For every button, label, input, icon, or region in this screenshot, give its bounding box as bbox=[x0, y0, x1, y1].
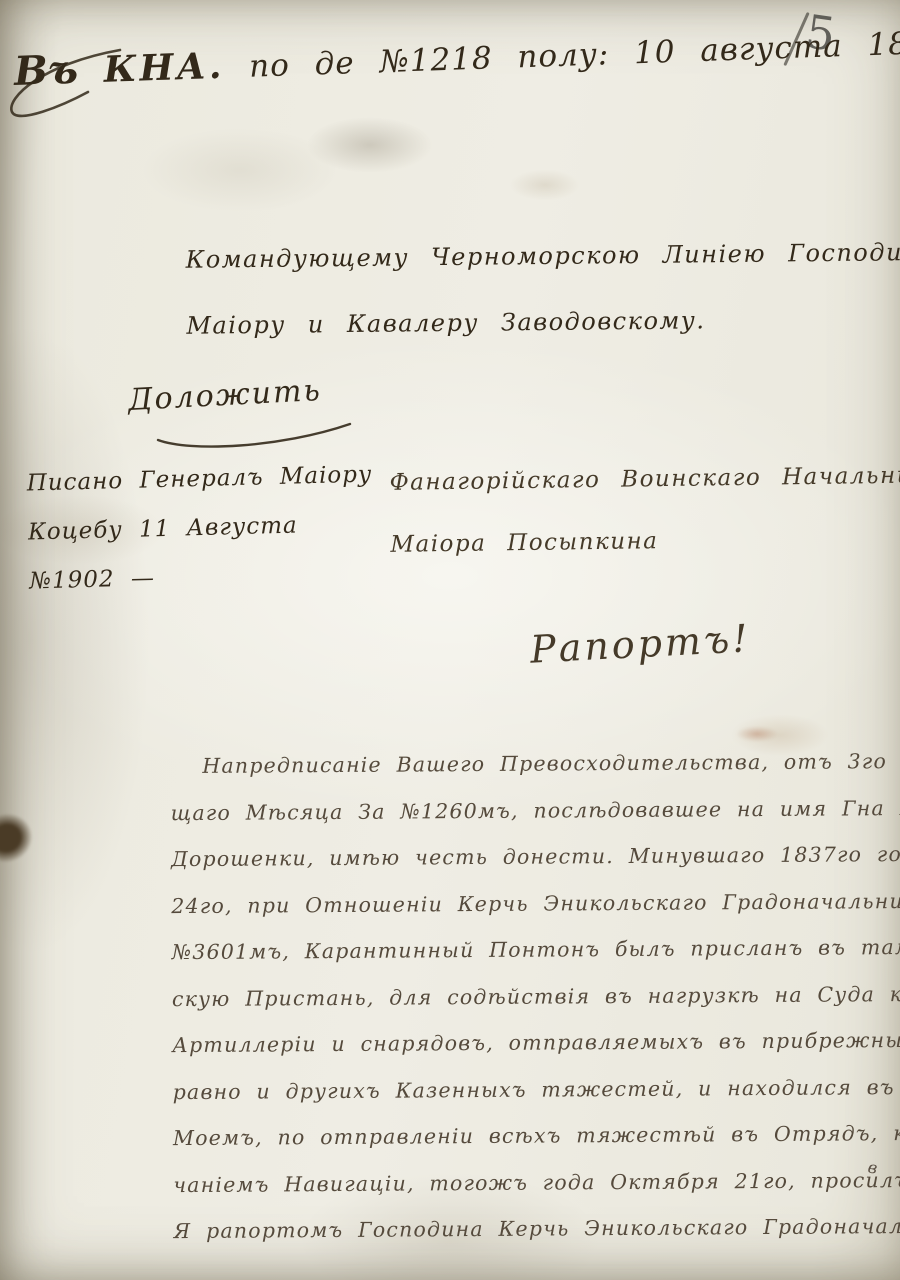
address-block: Командующему Черноморскою Линіею Господи… bbox=[185, 217, 900, 358]
sender-block: Фанагорійскаго Воинскаго Начальника Маіо… bbox=[389, 444, 900, 576]
margin-note-line-3: №1902 — bbox=[29, 548, 376, 606]
body-line: щаго Мѣсяца За №1260мъ, послѣдовавшее на… bbox=[171, 783, 900, 836]
address-line-1: Командующему Черноморскою Линіею Господи… bbox=[185, 217, 900, 292]
body-line: Напредписаніе Вашего Превосходительства,… bbox=[170, 737, 900, 790]
margin-note-line-2: Коцебу 11 Августа bbox=[27, 499, 374, 557]
report-body: Напредписаніе Вашего Превосходительства,… bbox=[170, 737, 900, 1255]
ink-blot bbox=[0, 807, 39, 866]
body-line: Моемъ, по отправленіи всѣхъ тяжестѣй въ … bbox=[173, 1109, 900, 1162]
body-line: №3601мъ, Карантинный Понтонъ былъ присла… bbox=[172, 923, 900, 976]
sender-line-1: Фанагорійскаго Воинскаго Начальника bbox=[389, 444, 900, 514]
report-heading: Рапортъ! bbox=[529, 616, 752, 671]
body-line: чаніемъ Навигаціи, тогожъ года Октября 2… bbox=[173, 1155, 900, 1208]
margin-note-line-1: Писано Генералъ Маіору bbox=[26, 451, 373, 509]
registration-number: по де №1218 полу: bbox=[249, 36, 610, 85]
body-line: Дорошенки, имѣю честь донести. Минувшаго… bbox=[171, 830, 900, 883]
pen-flourish bbox=[2, 46, 152, 126]
body-line: Артиллеріи и снарядовъ, отправляемыхъ въ… bbox=[172, 1016, 900, 1069]
margin-note-block: Писано Генералъ Маіору Коцебу 11 Августа… bbox=[26, 451, 375, 607]
sender-line-2: Маіора Посыпкина bbox=[390, 506, 900, 576]
body-line: Я рапортомъ Господина Керчь Эникольскаго… bbox=[173, 1202, 900, 1255]
body-line: равно и другихъ Казенныхъ тяжестей, и на… bbox=[172, 1062, 900, 1115]
manuscript-page: 5 Въ КНА. по де №1218 полу: 10 августа 1… bbox=[0, 0, 900, 1280]
body-line: скую Пристань, для содѣйствія въ нагрузк… bbox=[172, 969, 900, 1022]
red-smudge bbox=[736, 726, 778, 742]
body-line: 24го, при Отношеніи Керчь Эникольскаго Г… bbox=[171, 876, 900, 929]
registration-date: 10 августа 1838 bbox=[633, 24, 900, 71]
address-line-2: Маіору и Кавалеру Заводовскому. bbox=[186, 283, 900, 358]
resolution-note: Доложить bbox=[127, 373, 322, 418]
